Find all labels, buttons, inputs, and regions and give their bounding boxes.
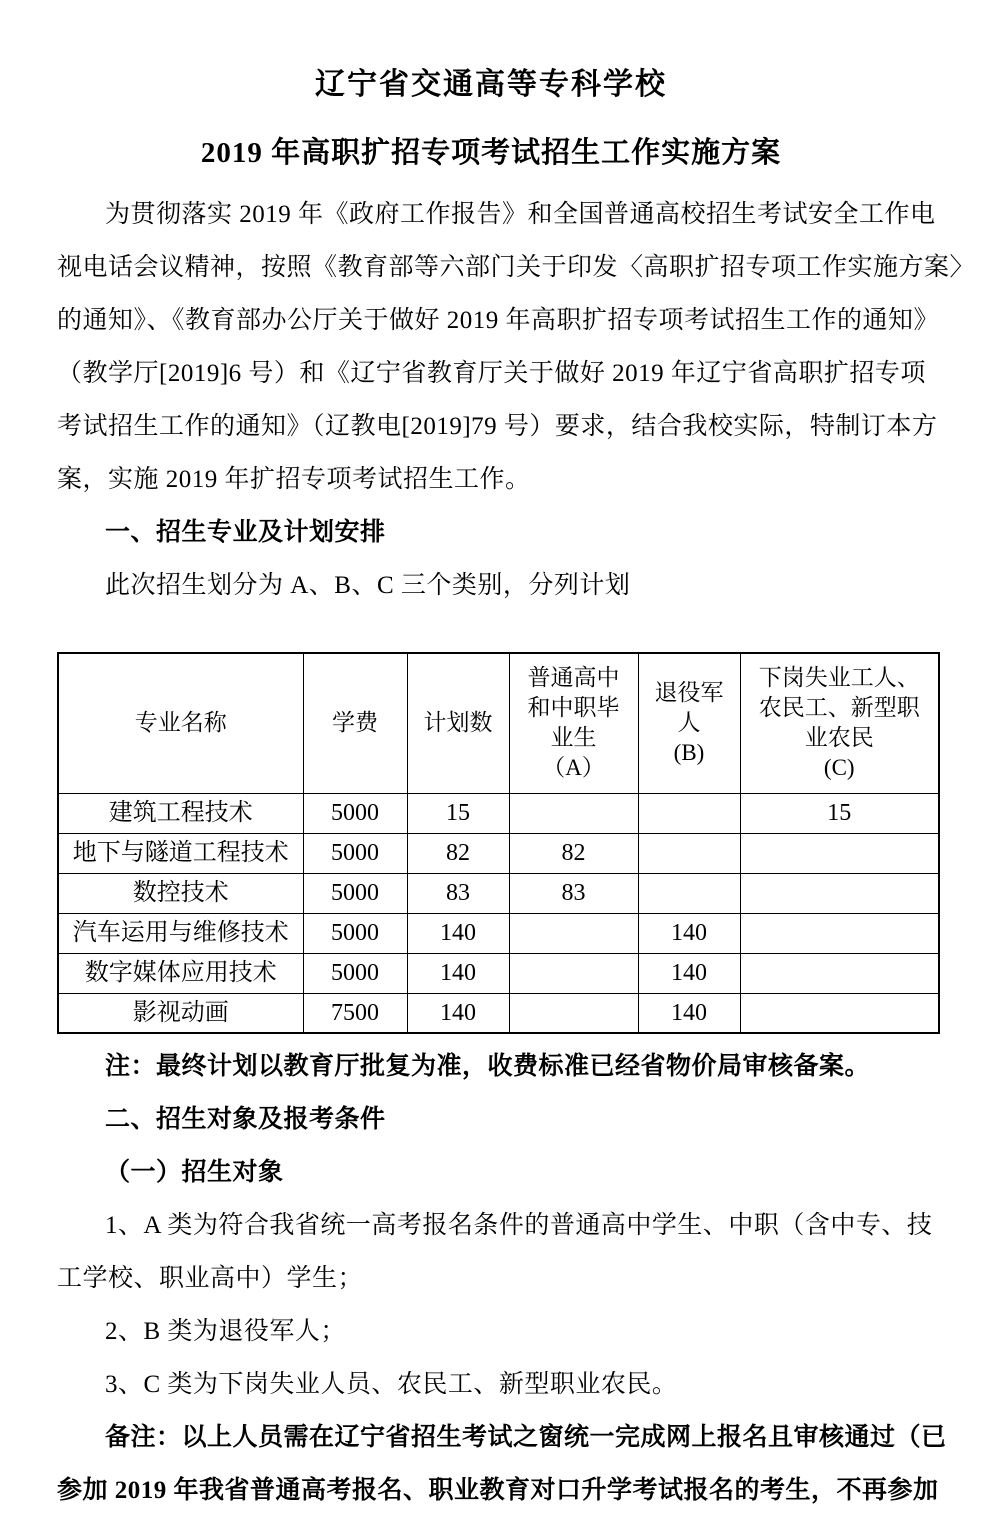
- header-plan-count: 计划数: [407, 653, 509, 793]
- header-major: 专业名称: [58, 653, 303, 793]
- table-cell: [740, 873, 939, 913]
- remark-line: 参加 2019 年我省普通高考报名、职业教育对口升学考试报名的考生，不再参加: [57, 1464, 925, 1517]
- section2-item: 工学校、职业高中）学生；: [57, 1252, 925, 1305]
- table-cell: 数字媒体应用技术: [58, 953, 303, 993]
- table-row: 数控技术 5000 83 83: [58, 873, 939, 913]
- intro-line: 为贯彻落实 2019 年《政府工作报告》和全国普通高校招生考试安全工作电: [57, 188, 925, 241]
- section2-item: 3、C 类为下岗失业人员、农民工、新型职业农民。: [57, 1358, 925, 1411]
- header-category-a: 普通高中 和中职毕 业生 （A）: [509, 653, 638, 793]
- table-row: 数字媒体应用技术 5000 140 140: [58, 953, 939, 993]
- section2-heading: 二、招生对象及报考条件: [57, 1093, 925, 1146]
- intro-paragraph: 为贯彻落实 2019 年《政府工作报告》和全国普通高校招生考试安全工作电 视电话…: [57, 188, 925, 506]
- table-header-row: 专业名称 学费 计划数 普通高中 和中职毕 业生 （A） 退役军 人 (B) 下…: [58, 653, 939, 793]
- header-category-b: 退役军 人 (B): [638, 653, 740, 793]
- table-cell: 83: [407, 873, 509, 913]
- table-cell: [509, 953, 638, 993]
- section2-sub-heading: （一）招生对象: [57, 1146, 925, 1199]
- enrollment-plan-table: 专业名称 学费 计划数 普通高中 和中职毕 业生 （A） 退役军 人 (B) 下…: [57, 652, 940, 1034]
- table-cell: [740, 993, 939, 1033]
- table-cell: 140: [407, 913, 509, 953]
- table-cell: [740, 913, 939, 953]
- section1-heading: 一、招生专业及计划安排: [57, 506, 925, 559]
- table-cell: 5000: [303, 913, 407, 953]
- intro-line: 视电话会议精神，按照《教育部等六部门关于印发〈高职扩招专项工作实施方案〉: [57, 241, 925, 294]
- table-cell: 82: [509, 833, 638, 873]
- doc-subtitle: 2019 年高职扩招专项考试招生工作实施方案: [57, 134, 925, 172]
- table-cell: [740, 833, 939, 873]
- table-cell: 83: [509, 873, 638, 913]
- table-cell: 7500: [303, 993, 407, 1033]
- table-cell: [509, 793, 638, 833]
- table-row: 影视动画 7500 140 140: [58, 993, 939, 1033]
- table-note: 注：最终计划以教育厅批复为准，收费标准已经省物价局审核备案。: [57, 1040, 925, 1093]
- table-cell: [638, 873, 740, 913]
- table-cell: 140: [638, 913, 740, 953]
- table-cell: 地下与隧道工程技术: [58, 833, 303, 873]
- table-cell: [509, 993, 638, 1033]
- intro-line: 案，实施 2019 年扩招专项考试招生工作。: [57, 453, 925, 506]
- table-cell: 建筑工程技术: [58, 793, 303, 833]
- remark-line: 备注：以上人员需在辽宁省招生考试之窗统一完成网上报名且审核通过（已: [57, 1411, 925, 1464]
- table-cell: [638, 833, 740, 873]
- table-cell: [638, 793, 740, 833]
- table-cell: 数控技术: [58, 873, 303, 913]
- table-cell: 140: [407, 993, 509, 1033]
- table-cell: 15: [407, 793, 509, 833]
- table-cell: 影视动画: [58, 993, 303, 1033]
- table-cell: 140: [638, 953, 740, 993]
- header-tuition: 学费: [303, 653, 407, 793]
- table-cell: 5000: [303, 793, 407, 833]
- table-cell: [509, 913, 638, 953]
- intro-line: 的通知》、《教育部办公厅关于做好 2019 年高职扩招专项考试招生工作的通知》: [57, 294, 925, 347]
- table-cell: 5000: [303, 833, 407, 873]
- table-cell: 140: [407, 953, 509, 993]
- section1-lead: 此次招生划分为 A、B、C 三个类别，分列计划: [57, 559, 925, 612]
- table-row: 汽车运用与维修技术 5000 140 140: [58, 913, 939, 953]
- table-cell: 82: [407, 833, 509, 873]
- table-cell: 5000: [303, 953, 407, 993]
- header-category-c: 下岗失业工人、 农民工、新型职 业农民 (C): [740, 653, 939, 793]
- section2-item: 2、B 类为退役军人；: [57, 1305, 925, 1358]
- table-cell: 140: [638, 993, 740, 1033]
- intro-line: （教学厅[2019]6 号）和《辽宁省教育厅关于做好 2019 年辽宁省高职扩招…: [57, 347, 925, 400]
- doc-title: 辽宁省交通高等专科学校: [57, 66, 925, 104]
- intro-line: 考试招生工作的通知》（辽教电[2019]79 号）要求，结合我校实际，特制订本方: [57, 400, 925, 453]
- table-cell: 汽车运用与维修技术: [58, 913, 303, 953]
- section2-item: 1、A 类为符合我省统一高考报名条件的普通高中学生、中职（含中专、技: [57, 1199, 925, 1252]
- table-cell: [740, 953, 939, 993]
- table-cell: 5000: [303, 873, 407, 913]
- table-cell: 15: [740, 793, 939, 833]
- table-row: 地下与隧道工程技术 5000 82 82: [58, 833, 939, 873]
- document-page: 辽宁省交通高等专科学校 2019 年高职扩招专项考试招生工作实施方案 为贯彻落实…: [0, 0, 981, 1536]
- table-row: 建筑工程技术 5000 15 15: [58, 793, 939, 833]
